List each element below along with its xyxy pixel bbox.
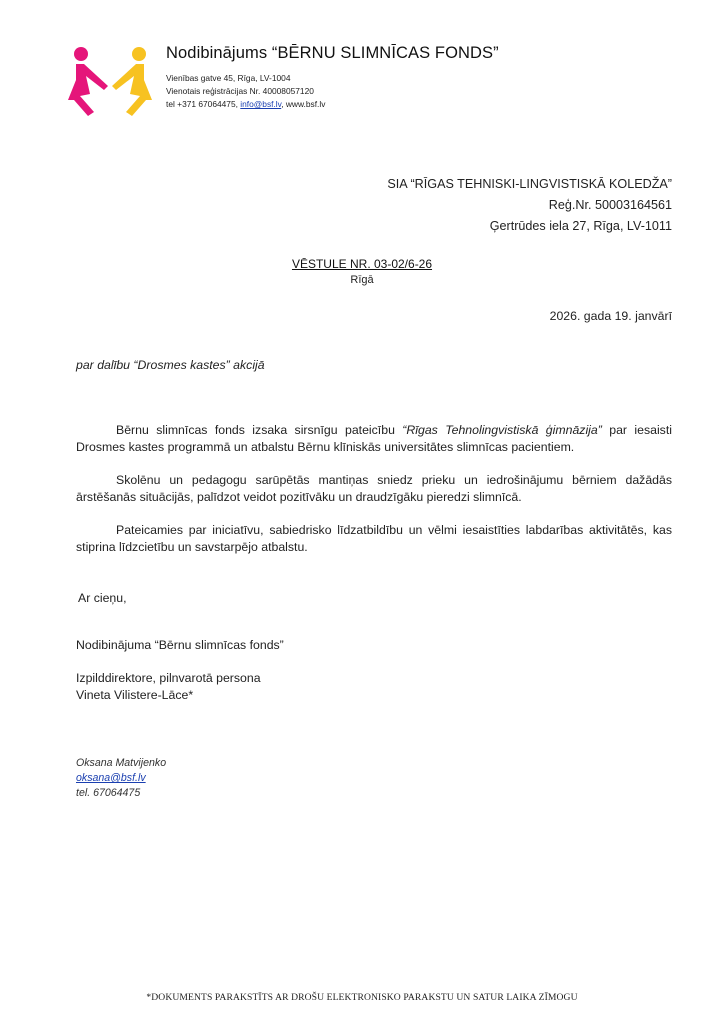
letter-place: Rīgā <box>0 274 724 286</box>
contact-person-block: Oksana Matvijenko oksana@bsf.lv tel. 670… <box>76 756 166 801</box>
contact-email-link[interactable]: oksana@bsf.lv <box>76 772 146 784</box>
organization-title: Nodibinājums “BĒRNU SLIMNĪCAS FONDS” <box>166 44 499 63</box>
phone-text: tel +371 67064475, <box>166 99 240 109</box>
letter-number: VĒSTULE NR. 03-02/6-26 <box>0 257 724 271</box>
organization-registration: Vienotais reģistrācijas Nr. 40008057120 <box>166 86 314 96</box>
body-paragraph-3: Pateicamies par iniciatīvu, sabiedrisko … <box>76 522 672 556</box>
signature-organization: Nodibinājuma “Bērnu slimnīcas fonds” <box>76 638 284 652</box>
contact-phone: tel. 67064475 <box>76 786 166 801</box>
signature-block: Izpilddirektore, pilnvarotā persona Vine… <box>76 670 261 704</box>
recipient-block: SIA “RĪGAS TEHNISKI-LINGVISTISKĀ KOLEDŽA… <box>387 174 672 237</box>
info-email-link[interactable]: info@bsf.lv <box>240 99 281 109</box>
school-name: “Rīgas Tehnolingvistiskā ģimnāzija” <box>402 423 602 437</box>
organization-contacts: tel +371 67064475, info@bsf.lv, www.bsf.… <box>166 99 325 109</box>
e-signature-footer-note: *DOKUMENTS PARAKSTĪTS AR DROŠU ELEKTRONI… <box>0 992 724 1003</box>
contact-name: Oksana Matvijenko <box>76 756 166 771</box>
closing-phrase: Ar cieņu, <box>78 591 127 605</box>
body-paragraph-2: Skolēnu un pedagogu sarūpētās mantiņas s… <box>76 472 672 506</box>
signatory-role: Izpilddirektore, pilnvarotā persona <box>76 670 261 687</box>
letter-subject: par dalību “Drosmes kastes” akcijā <box>76 358 265 372</box>
signatory-name: Vineta Vilistere-Lāce* <box>76 687 261 704</box>
organization-address: Vienības gatve 45, Rīga, LV-1004 <box>166 73 290 83</box>
website-text: , www.bsf.lv <box>281 99 325 109</box>
recipient-reg-number: Reģ.Nr. 50003164561 <box>387 195 672 216</box>
two-children-holding-hands-logo-icon <box>64 42 156 120</box>
recipient-name: SIA “RĪGAS TEHNISKI-LINGVISTISKĀ KOLEDŽA… <box>387 174 672 195</box>
body-paragraph-1: Bērnu slimnīcas fonds izsaka sirsnīgu pa… <box>76 422 672 456</box>
letter-date: 2026. gada 19. janvārī <box>550 309 672 323</box>
recipient-address: Ģertrūdes iela 27, Rīga, LV-1011 <box>387 216 672 237</box>
